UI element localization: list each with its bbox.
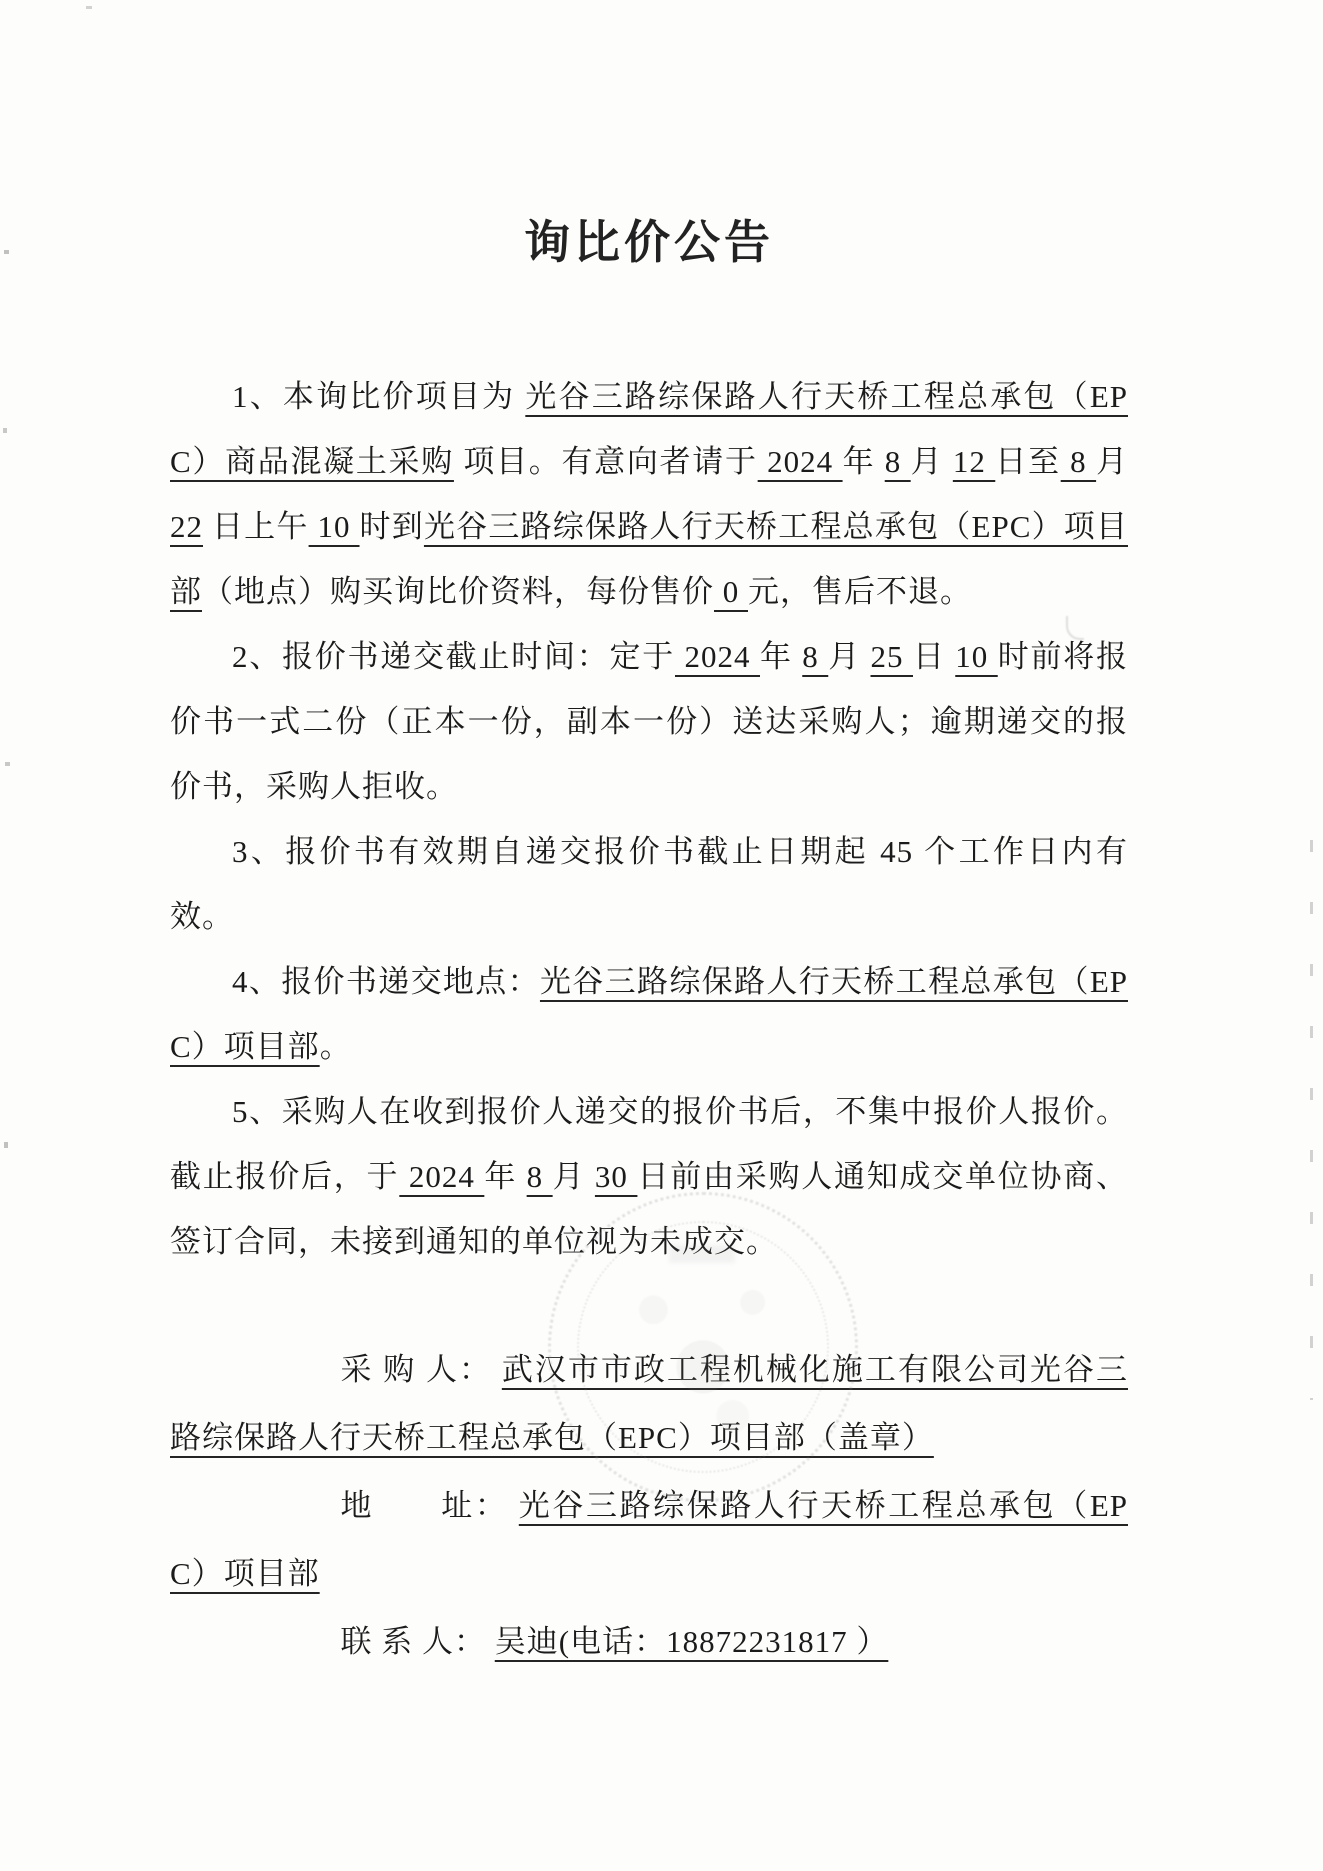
scan-noise (1310, 840, 1313, 1400)
text-run: 月 (828, 639, 870, 674)
scan-noise (86, 6, 92, 9)
filled-blank: 2024 (758, 444, 843, 479)
text-run: 月 (553, 1159, 595, 1194)
scan-noise (5, 762, 10, 766)
text-run: 项目。有意向者请于 (454, 444, 758, 479)
filled-blank: 22 (170, 509, 203, 544)
filled-blank: 2024 (675, 639, 760, 674)
text-run: 2、报价书递交截止时间：定于 (232, 639, 675, 674)
filled-blank: 8 (527, 1159, 553, 1194)
text-run: 年 (760, 639, 802, 674)
scan-noise (3, 428, 7, 433)
purchaser-value: 武汉市市政工程机械化施工有限公司光谷三路综保路人行天桥工程总承包（EPC）项目部… (170, 1352, 1128, 1455)
announcement-body: 1、本询比价项目为 光谷三路综保路人行天桥工程总承包（EPC）商品混凝土采购 项… (170, 364, 1128, 1274)
text-run: 1、本询比价项目为 (232, 379, 525, 414)
filled-blank: 2024 (399, 1159, 484, 1194)
text-run: 3、报价书有效期自递交报价书截止日期起 45 个工作日内有效。 (170, 834, 1128, 934)
purchaser-line: 采 购 人： 武汉市市政工程机械化施工有限公司光谷三路综保路人行天桥工程总承包（… (170, 1336, 1128, 1472)
text-run: 4、报价书递交地点： (232, 964, 540, 999)
text-run: 元，售后不退。 (748, 574, 972, 609)
text-run: 时到 (360, 509, 424, 544)
text-run: 月 (1096, 444, 1128, 479)
clause-2: 2、报价书递交截止时间：定于 2024 年 8 月 25 日 10 时前将报价书… (170, 624, 1128, 819)
clause-5: 5、采购人在收到报价人递交的报价书后，不集中报价人报价。截止报价后，于 2024… (170, 1079, 1128, 1274)
address-value: 光谷三路综保路人行天桥工程总承包（EPC）项目部 (170, 1488, 1128, 1591)
filled-blank: 12 (953, 444, 995, 479)
text-run: 日上午 (203, 509, 309, 544)
filled-blank: 0 (714, 574, 748, 609)
filled-blank: 8 (802, 639, 828, 674)
text-run: 月 (911, 444, 953, 479)
address-label: 地 址： (341, 1488, 519, 1523)
contact-line: 联 系 人： 吴迪(电话：18872231817 ） (170, 1608, 1128, 1676)
document-page: { "doc": { "title": "询比价公告" }, "paragrap… (0, 0, 1323, 1871)
clause-4: 4、报价书递交地点：光谷三路综保路人行天桥工程总承包（EPC）项目部。 (170, 949, 1128, 1079)
page-title: 询比价公告 (170, 206, 1128, 272)
signature-block: 采 购 人： 武汉市市政工程机械化施工有限公司光谷三路综保路人行天桥工程总承包（… (170, 1336, 1128, 1676)
clause-3: 3、报价书有效期自递交报价书截止日期起 45 个工作日内有效。 (170, 819, 1128, 949)
text-run: 日至 (995, 444, 1060, 479)
filled-blank: 25 (871, 639, 914, 674)
filled-blank: 30 (595, 1159, 638, 1194)
text-run: 。 (320, 1029, 352, 1064)
clause-1: 1、本询比价项目为 光谷三路综保路人行天桥工程总承包（EPC）商品混凝土采购 项… (170, 364, 1128, 624)
filled-blank: 8 (1061, 444, 1096, 479)
text-run: 年 (843, 444, 885, 479)
contact-label: 联 系 人： (341, 1624, 495, 1659)
text-run: 日 (913, 639, 955, 674)
address-line: 地 址： 光谷三路综保路人行天桥工程总承包（EPC）项目部 (170, 1472, 1128, 1608)
purchaser-label: 采 购 人： (341, 1352, 502, 1387)
filled-blank: 8 (885, 444, 911, 479)
filled-blank: 10 (955, 639, 998, 674)
contact-value: 吴迪(电话：18872231817 ） (495, 1624, 889, 1659)
text-run: 年 (484, 1159, 526, 1194)
scan-noise (4, 250, 9, 254)
document-content: 询比价公告 1、本询比价项目为 光谷三路综保路人行天桥工程总承包（EPC）商品混… (170, 168, 1128, 1676)
text-run: （地点）购买询比价资料，每份售价 (202, 574, 714, 609)
filled-blank: 10 (309, 509, 360, 544)
scan-noise (4, 1142, 8, 1148)
